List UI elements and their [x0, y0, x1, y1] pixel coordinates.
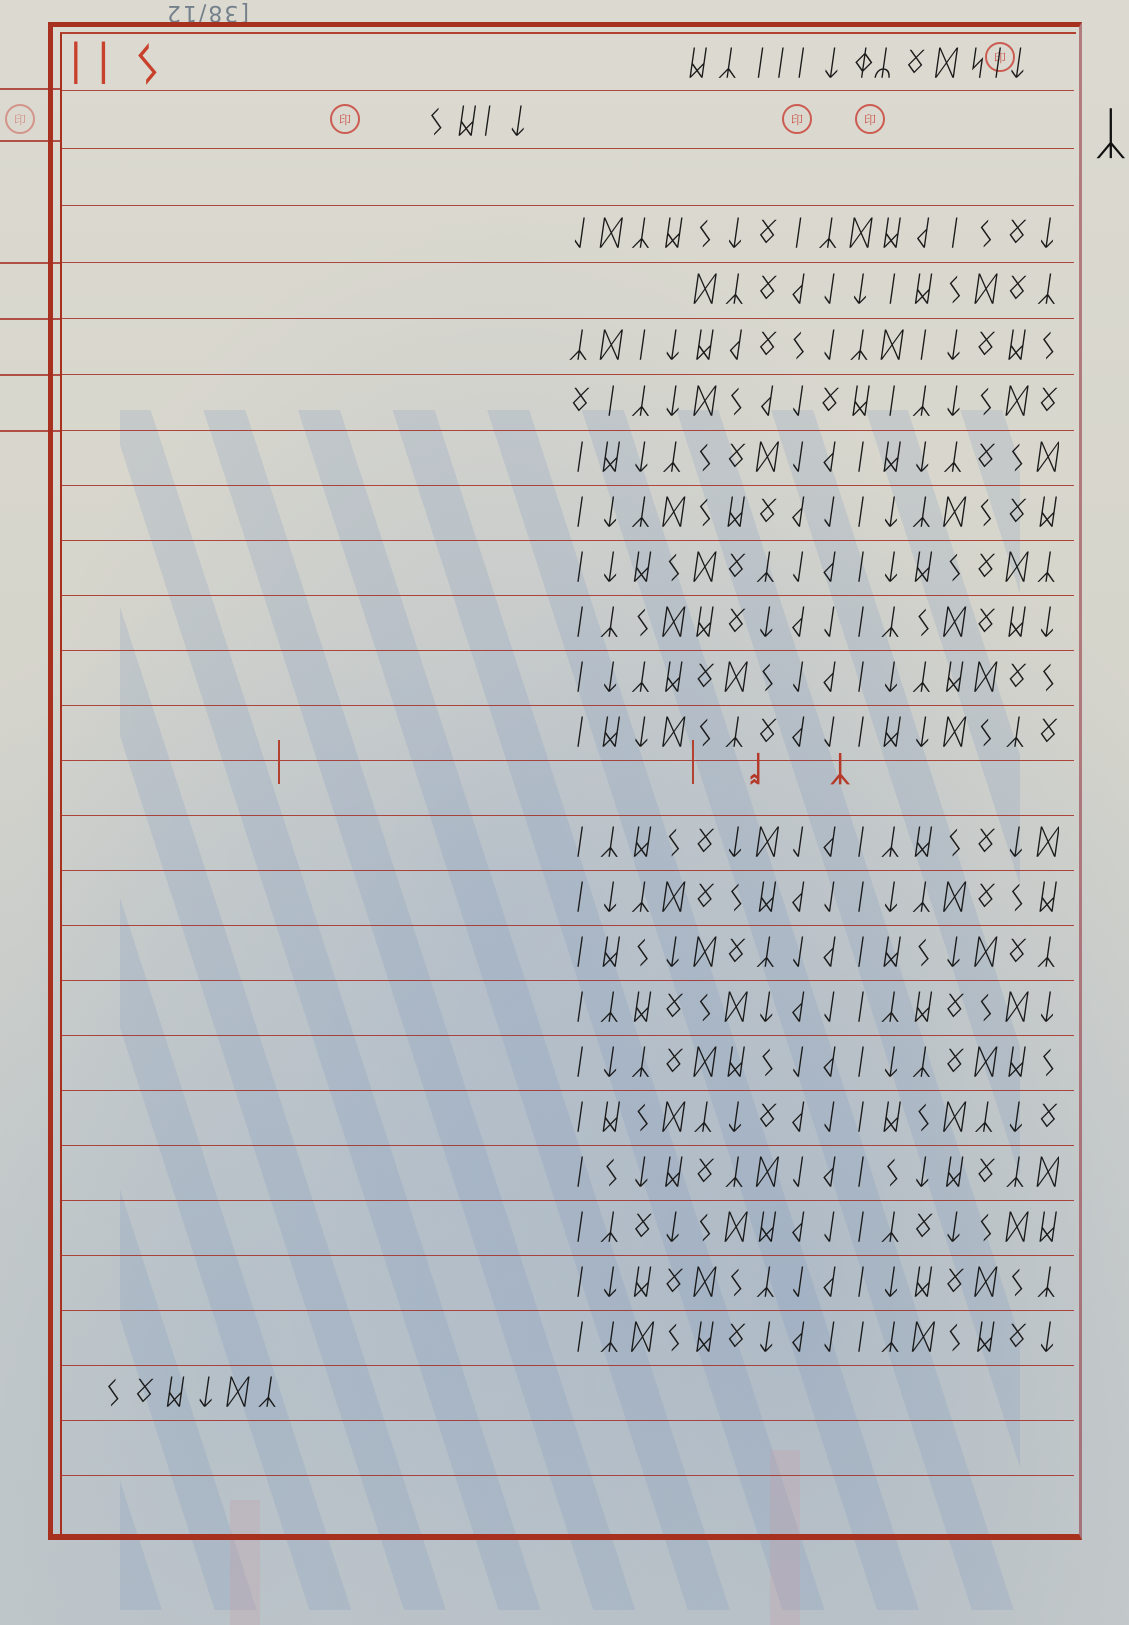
- ruling-line: [62, 318, 1074, 319]
- text-line: ᛗ ᛟ ᛊ ᛞ ᛉ ᛏ ᛁ ᛚ ᚹ ᛟ ᛗ ᛊ ᛞ ᛉ ᛏ ᛁ: [80, 489, 1059, 533]
- text-line: ᛞ ᛉ ᛟ ᛗ ᛏ ᛊ ᛁ ᚹ ᛚ ᛞ ᛉ ᛟ ᛗ ᛏ ᛊ ᛁ: [80, 1149, 1059, 1193]
- text-line: ᛉ ᛞ ᛟ ᛊ ᛗ ᛏ ᛁ ᚹ ᛚ ᛉ ᛟ ᛞ ᛊ ᛗ ᛏ ᛁ: [80, 544, 1059, 588]
- text-line: ᛊ ᛗ ᛞ ᛟ ᛉ ᛏ ᛁ ᚹ ᛚ ᛊ ᛗ ᛞ ᛟ ᛉ ᛏ ᛁ: [80, 1039, 1059, 1083]
- text-line: ᛟ ᛉ ᛊ ᛞ ᛏ ᛗ ᛁ ᛚ ᚹ ᛟ ᛉ ᛊ ᛞ ᛏ ᛗ ᛁ: [80, 709, 1059, 753]
- ruling-line: [62, 1200, 1074, 1201]
- ruling-line: [62, 815, 1074, 816]
- ruling-line: [62, 980, 1074, 981]
- ruling-line: [62, 1420, 1074, 1421]
- seal-stamp: 印: [782, 104, 812, 134]
- inner-frame: [60, 32, 1076, 1538]
- ruling-line: [62, 870, 1074, 871]
- ruling-line: [62, 374, 1074, 375]
- text-line: ᛉ ᛟ ᛞ ᛏ ᛊ ᛗ ᛁ ᚹ ᛚ ᛉ ᛟ ᛞ ᛏ ᛊ ᛗ ᛁ: [80, 929, 1059, 973]
- margin-ruling: [0, 140, 60, 142]
- margin-ruling: [0, 430, 60, 432]
- text-line: ᛗ ᛊ ᛟ ᛞ ᛉ ᛏ ᛁ ᛚ ᚹ ᛗ ᛊ ᛟ ᛞ ᛉ ᛏ ᛁ: [80, 874, 1059, 918]
- red-section-mark: ᛉ: [830, 748, 850, 788]
- text-line: ᛞ ᛏ ᛟ ᛊ ᛗ ᛉ ᛁ ᚹ ᛚ ᛞ ᛏ ᛟ ᛊ ᛗ ᛉ ᛁ: [80, 819, 1059, 863]
- margin-ruling: [0, 374, 60, 376]
- text-line: ᛉ ᛟ ᛞ ᛊ ᛗ ᛁ ᛏ ᛚ ᚹ ᛟ ᛉ ᛞ: [150, 266, 1059, 310]
- text-line: ᛏ ᛟ ᛗ ᛊ ᛞ ᛉ ᛁ ᛚ ᚹ ᛏ ᛟ ᛗ ᛊ ᛞ ᛉ ᛁ: [80, 1314, 1059, 1358]
- ruling-line: [62, 1035, 1074, 1036]
- margin-ruling: [0, 88, 60, 90]
- margin-ruling: [0, 318, 60, 320]
- text-line: ᛟ ᛞ ᛊ ᛏ ᛉ ᛁ ᛗ ᛟ ᛚ ᚹ ᛊ ᛞ ᛏ ᛉ ᛁ ᛟ: [80, 378, 1059, 422]
- ruling-line: [62, 595, 1074, 596]
- text-line: ᛟ ᛏ ᛉ ᛞ ᛊ ᛗ ᛁ ᛚ ᚹ ᛟ ᛏ ᛉ ᛞ ᛊ ᛗ ᛁ: [80, 1094, 1059, 1138]
- ruling-line: [62, 205, 1074, 206]
- ruling-line: [62, 1145, 1074, 1146]
- ruling-line: [62, 90, 1074, 91]
- ruling-line: [62, 485, 1074, 486]
- text-line: ᛊ ᛟ ᛞ ᛗ ᛉ ᛏ ᛁ ᚹ ᛚ ᛊ ᛞ ᛟ ᛗ ᛉ ᛏ ᛁ: [80, 654, 1059, 698]
- ruling-line: [62, 1365, 1074, 1366]
- ruling-line: [62, 1310, 1074, 1311]
- ruling-line: [62, 1255, 1074, 1256]
- ruling-line: [62, 1090, 1074, 1091]
- seal-stamp: 印: [855, 104, 885, 134]
- ruling-line: [62, 705, 1074, 706]
- text-line: ᛏ ᛗ ᛟ ᛞ ᛊ ᛉ ᛁ ᛚ ᚹ ᛏ ᛟ ᛗ ᛞ ᛊ ᛉ ᛁ: [80, 599, 1059, 643]
- red-section-mark: ᚩ: [745, 748, 765, 788]
- header-line: ᛏᛁᛋ ᛞ ᛟ ᛘᛄ ᛏ ᛁᛁᛁ ᛉ ᛗ: [220, 40, 1029, 84]
- ruling-line: [62, 540, 1074, 541]
- ruling-line: [62, 1475, 1074, 1476]
- text-line: ᛉ ᛞ ᛏ ᛗ ᛟ ᛊ: [80, 1369, 279, 1413]
- text-line: ᛗ ᛞ ᛊ ᛏ ᛟ ᛉ ᛁ ᛚ ᚹ ᛗ ᛞ ᛊ ᛏ ᛟ ᛉ ᛁ: [80, 1204, 1059, 1248]
- seal-stamp: 印: [5, 104, 35, 134]
- header-line: ᛏ ᛁᛗ ᛊ: [170, 98, 529, 142]
- ruling-line: [62, 650, 1074, 651]
- red-annotation-mark: ᛊ ᛁᛁ: [62, 40, 161, 86]
- ruling-line: [62, 925, 1074, 926]
- ruling-line: [62, 430, 1074, 431]
- text-line: ᛞ ᛊ ᛟ ᛉ ᛏ ᛗ ᛁ ᚹ ᛚ ᛞ ᛟ ᛊ ᛉ ᛏ ᛗ ᛁ: [80, 434, 1059, 478]
- text-line: ᛏ ᛟ ᛊ ᛁ ᚹ ᛗ ᛞ ᛉ ᛁ ᛟ ᛏ ᛊ ᛗ ᛉ ᛞ ᛚ: [150, 210, 1059, 254]
- margin-ruling: [0, 262, 60, 264]
- ruling-line: [62, 262, 1074, 263]
- adjacent-page-glyph: ᛉ: [1094, 100, 1128, 165]
- text-line: ᛏ ᛞ ᛊ ᛟ ᛗ ᛉ ᛁ ᛚ ᚹ ᛏ ᛞ ᛊ ᛟ ᛗ ᛉ ᛁ: [80, 984, 1059, 1028]
- text-line: ᛉ ᛊ ᛞ ᛟ ᛗ ᛏ ᛁ ᚹ ᛚ ᛉ ᛊ ᛞ ᛟ ᛗ ᛏ ᛁ: [80, 1259, 1059, 1303]
- ruling-line: [62, 148, 1074, 149]
- text-line: ᛊ ᛗ ᛟ ᛏ ᛁ ᛞ ᛉ ᛚ ᛊ ᛟ ᚹ ᛗ ᛏ ᛁ ᛞ ᛉ: [80, 322, 1059, 366]
